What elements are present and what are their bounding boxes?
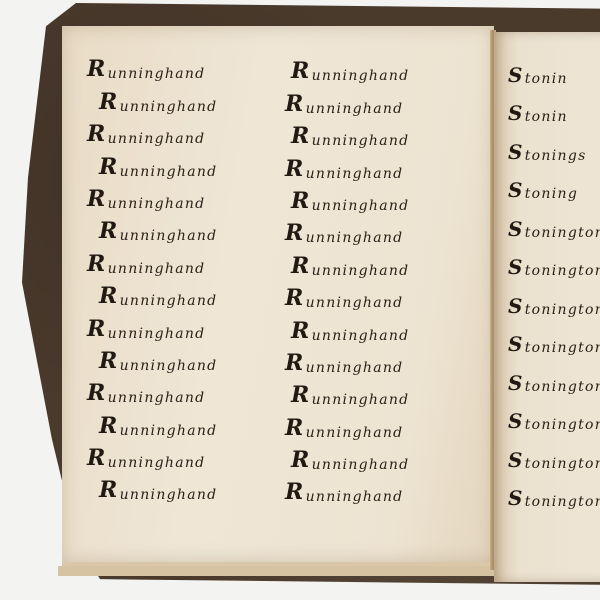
practice-line: Stonington — [508, 202, 600, 241]
word-body: unninghand — [306, 360, 404, 376]
practice-line: Runninghand — [283, 376, 409, 408]
word-body: unninghand — [306, 166, 404, 182]
practice-line: Runninghand — [85, 115, 217, 147]
practice-line: Runninghand — [85, 82, 217, 114]
word-body: tonington — [525, 225, 600, 241]
capital-letter: R — [291, 318, 311, 344]
practice-line: Stonin — [508, 87, 600, 126]
capital-letter: R — [99, 218, 119, 244]
practice-line: Stonington — [508, 356, 600, 395]
capital-letter: R — [99, 89, 119, 115]
word-body: tonington — [525, 379, 600, 395]
capital-letter: R — [285, 91, 305, 117]
capital-letter: S — [508, 140, 524, 164]
practice-line: Runninghand — [283, 441, 409, 473]
word-body: unninghand — [312, 392, 410, 408]
word-body: unninghand — [312, 68, 410, 84]
word-body: toning — [525, 186, 578, 202]
word-body: unninghand — [120, 164, 218, 180]
word-body: unninghand — [306, 295, 404, 311]
practice-line: Stonington — [508, 241, 600, 280]
word-body: tonin — [525, 71, 568, 87]
capital-letter: S — [508, 178, 524, 202]
capital-letter: R — [99, 413, 119, 439]
practice-line: Runninghand — [85, 212, 217, 244]
practice-line: Runninghand — [85, 342, 217, 374]
word-body: unninghand — [120, 358, 218, 374]
practice-line: Stonington — [508, 395, 600, 434]
practice-line: Runninghand — [85, 374, 217, 406]
word-body: unninghand — [108, 261, 206, 277]
capital-letter: R — [285, 156, 305, 182]
capital-letter: R — [285, 415, 305, 441]
capital-letter: S — [508, 371, 524, 395]
word-body: unninghand — [312, 263, 410, 279]
copybook-photo: RunninghandRunninghandRunninghandRunning… — [0, 0, 600, 600]
practice-line: Stonington — [508, 279, 600, 318]
word-body: unninghand — [120, 228, 218, 244]
capital-letter: S — [508, 255, 524, 279]
capital-letter: R — [87, 380, 107, 406]
capital-letter: R — [87, 445, 107, 471]
capital-letter: R — [285, 350, 305, 376]
capital-letter: R — [99, 154, 119, 180]
word-body: tonington — [525, 417, 600, 433]
right-page-column-1: StoninStoninStoningsStoningStoningtonSto… — [508, 48, 600, 510]
word-body: tonington — [525, 456, 600, 472]
practice-line: Stonington — [508, 472, 600, 511]
practice-line: Runninghand — [283, 246, 409, 278]
capital-letter: R — [291, 123, 311, 149]
capital-letter: R — [87, 251, 107, 277]
word-body: unninghand — [120, 487, 218, 503]
capital-letter: R — [87, 121, 107, 147]
practice-line: Stonington — [508, 433, 600, 472]
capital-letter: R — [87, 56, 107, 82]
practice-line: Runninghand — [283, 182, 409, 214]
word-body: unninghand — [108, 326, 206, 342]
capital-letter: R — [285, 220, 305, 246]
capital-letter: R — [87, 186, 107, 212]
practice-line: Runninghand — [283, 84, 409, 116]
practice-line: Runninghand — [283, 117, 409, 149]
word-body: unninghand — [120, 423, 218, 439]
practice-line: Runninghand — [85, 50, 217, 82]
capital-letter: R — [99, 348, 119, 374]
word-body: unninghand — [312, 198, 410, 214]
capital-letter: S — [508, 217, 524, 241]
word-body: tonington — [525, 302, 600, 318]
practice-line: Runninghand — [85, 406, 217, 438]
word-body: tonin — [525, 109, 568, 125]
practice-line: Runninghand — [85, 244, 217, 276]
capital-letter: S — [508, 101, 524, 125]
word-body: unninghand — [108, 66, 206, 82]
practice-line: Stonington — [508, 318, 600, 357]
practice-line: Runninghand — [283, 311, 409, 343]
word-body: unninghand — [306, 489, 404, 505]
capital-letter: R — [87, 316, 107, 342]
capital-letter: R — [291, 58, 311, 84]
practice-line: Runninghand — [85, 147, 217, 179]
word-body: unninghand — [312, 133, 410, 149]
word-body: unninghand — [312, 328, 410, 344]
capital-letter: S — [508, 63, 524, 87]
practice-line: Runninghand — [85, 471, 217, 503]
practice-line: Stoning — [508, 164, 600, 203]
word-body: unninghand — [306, 101, 404, 117]
word-body: unninghand — [108, 131, 206, 147]
practice-line: Runninghand — [85, 439, 217, 471]
practice-line: Runninghand — [85, 277, 217, 309]
practice-line: Runninghand — [85, 180, 217, 212]
word-body: tonington — [525, 263, 600, 279]
capital-letter: R — [99, 283, 119, 309]
practice-line: Runninghand — [283, 344, 409, 376]
capital-letter: R — [291, 447, 311, 473]
capital-letter: R — [285, 479, 305, 505]
word-body: tonings — [525, 148, 587, 164]
practice-line: Runninghand — [283, 149, 409, 181]
word-body: unninghand — [306, 425, 404, 441]
word-body: unninghand — [108, 390, 206, 406]
capital-letter: R — [99, 477, 119, 503]
practice-line: Stonings — [508, 125, 600, 164]
word-body: tonington — [525, 494, 600, 510]
word-body: unninghand — [108, 196, 206, 212]
left-page-column-2: RunninghandRunninghandRunninghandRunning… — [283, 52, 409, 505]
capital-letter: R — [285, 285, 305, 311]
practice-line: Runninghand — [283, 473, 409, 505]
word-body: unninghand — [120, 99, 218, 115]
capital-letter: S — [508, 486, 524, 510]
word-body: unninghand — [108, 455, 206, 471]
practice-line: Runninghand — [283, 408, 409, 440]
practice-line: Runninghand — [283, 279, 409, 311]
word-body: unninghand — [120, 293, 218, 309]
practice-line: Runninghand — [283, 214, 409, 246]
practice-line: Runninghand — [85, 309, 217, 341]
capital-letter: S — [508, 448, 524, 472]
word-body: unninghand — [312, 457, 410, 473]
word-body: unninghand — [306, 230, 404, 246]
capital-letter: R — [291, 382, 311, 408]
capital-letter: R — [291, 188, 311, 214]
practice-line: Runninghand — [283, 52, 409, 84]
word-body: tonington — [525, 340, 600, 356]
left-page-column-1: RunninghandRunninghandRunninghandRunning… — [85, 50, 217, 503]
capital-letter: S — [508, 332, 524, 356]
capital-letter: S — [508, 294, 524, 318]
capital-letter: R — [291, 253, 311, 279]
practice-line: Stonin — [508, 48, 600, 87]
capital-letter: S — [508, 409, 524, 433]
